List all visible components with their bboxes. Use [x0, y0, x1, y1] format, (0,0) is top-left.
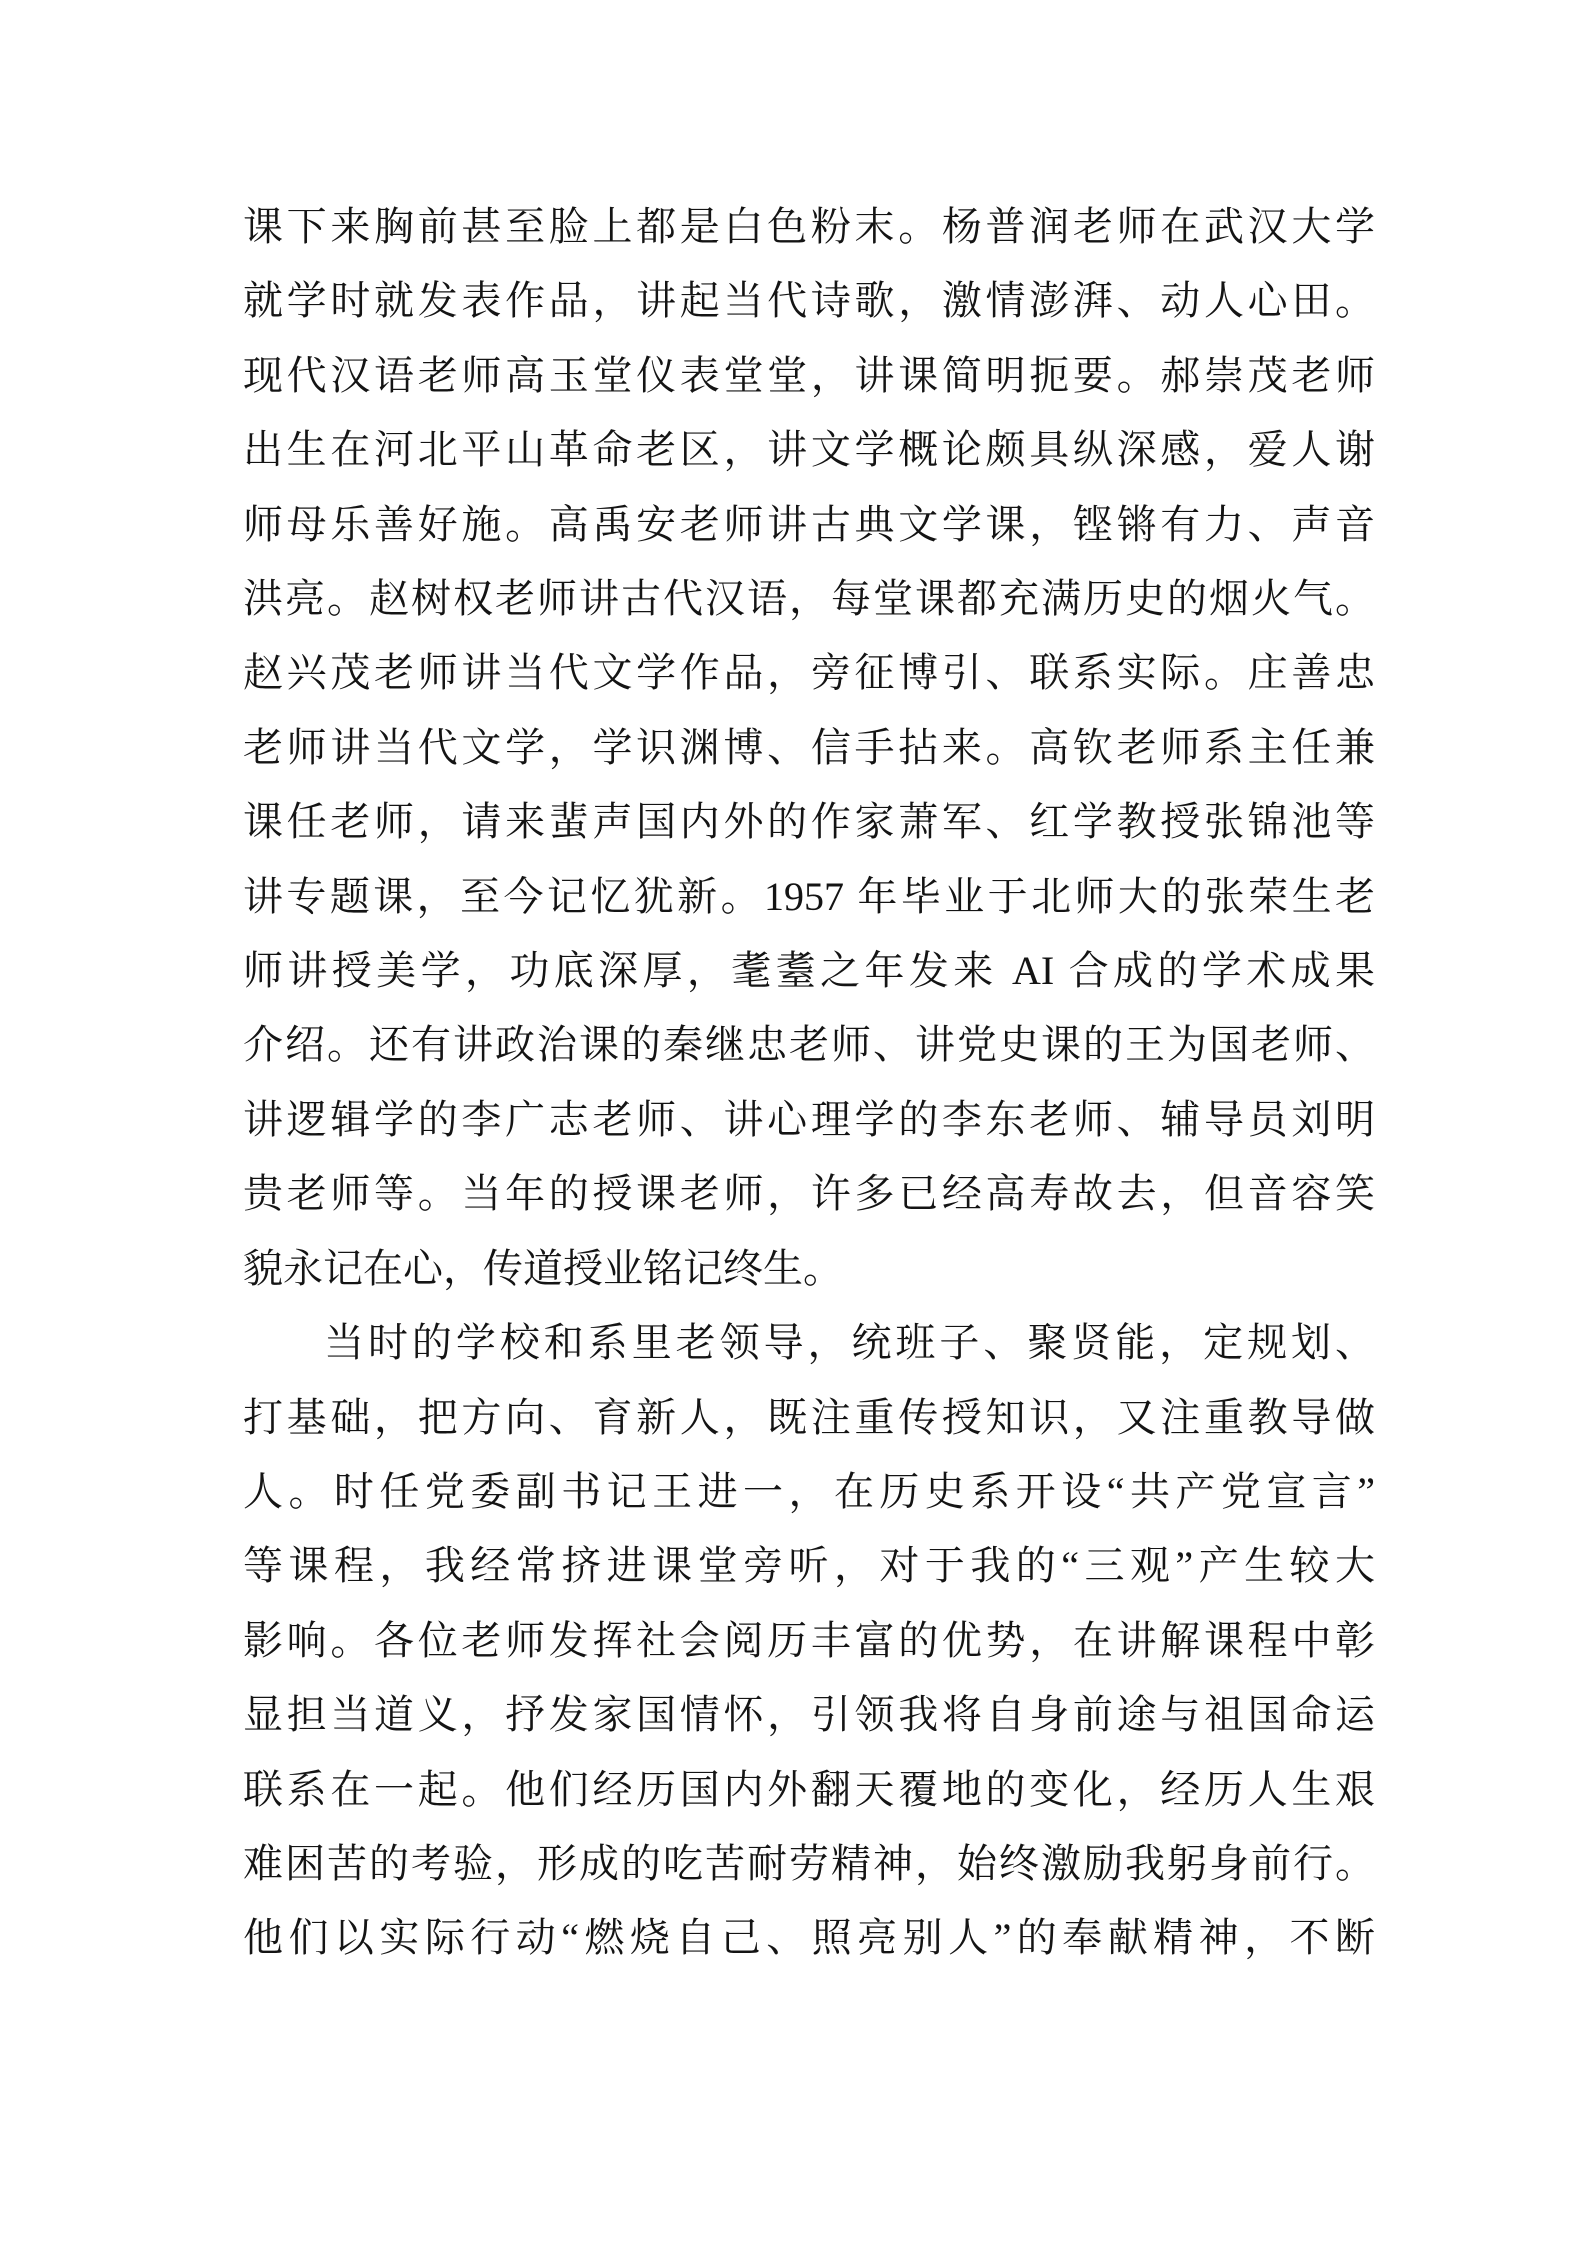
text-line: 贵老师等。当年的授课老师，许多已经高寿故去，但音容笑	[243, 1157, 1375, 1231]
text-line: 介绍。还有讲政治课的秦继忠老师、讲党史课的王为国老师、	[243, 1008, 1375, 1082]
text-line: 就学时就发表作品，讲起当代诗歌，激情澎湃、动人心田。	[243, 264, 1375, 338]
text-line: 师讲授美学，功底深厚，耄耋之年发来 AI 合成的学术成果	[243, 934, 1375, 1008]
text-line: 讲专题课，至今记忆犹新。1957 年毕业于北师大的张荣生老	[243, 860, 1375, 934]
text-line: 老师讲当代文学，学识渊博、信手拈来。高钦老师系主任兼	[243, 711, 1375, 785]
text-line: 洪亮。赵树权老师讲古代汉语，每堂课都充满历史的烟火气。	[243, 562, 1375, 636]
text-line: 联系在一起。他们经历国内外翻天覆地的变化，经历人生艰	[243, 1753, 1375, 1827]
page-body-text: 课下来胸前甚至脸上都是白色粉末。杨普润老师在武汉大学 就学时就发表作品，讲起当代…	[243, 190, 1375, 1976]
text-line: 人。时任党委副书记王进一，在历史系开设“共产党宣言”	[243, 1455, 1375, 1529]
document-page: 课下来胸前甚至脸上都是白色粉末。杨普润老师在武汉大学 就学时就发表作品，讲起当代…	[0, 0, 1587, 2245]
text-line: 讲逻辑学的李广志老师、讲心理学的李东老师、辅导员刘明	[243, 1083, 1375, 1157]
text-line: 赵兴茂老师讲当代文学作品，旁征博引、联系实际。庄善忠	[243, 636, 1375, 710]
text-line: 影响。各位老师发挥社会阅历丰富的优势，在讲解课程中彰	[243, 1604, 1375, 1678]
text-line-paragraph-start: 当时的学校和系里老领导，统班子、聚贤能，定规划、	[243, 1306, 1375, 1380]
text-line: 课下来胸前甚至脸上都是白色粉末。杨普润老师在武汉大学	[243, 190, 1375, 264]
text-line: 难困苦的考验，形成的吃苦耐劳精神，始终激励我躬身前行。	[243, 1827, 1375, 1901]
text-line: 显担当道义，抒发家国情怀，引领我将自身前途与祖国命运	[243, 1678, 1375, 1752]
text-line: 打基础，把方向、育新人，既注重传授知识，又注重教导做	[243, 1381, 1375, 1455]
text-line: 出生在河北平山革命老区，讲文学概论颇具纵深感，爱人谢	[243, 413, 1375, 487]
text-line: 等课程，我经常挤进课堂旁听，对于我的“三观”产生较大	[243, 1529, 1375, 1603]
text-line: 现代汉语老师高玉堂仪表堂堂，讲课简明扼要。郝崇茂老师	[243, 339, 1375, 413]
text-line: 师母乐善好施。高禹安老师讲古典文学课，铿锵有力、声音	[243, 488, 1375, 562]
text-line-paragraph-end: 貌永记在心，传道授业铭记终生。	[243, 1232, 1375, 1306]
text-line: 课任老师，请来蜚声国内外的作家萧军、红学教授张锦池等	[243, 785, 1375, 859]
text-line: 他们以实际行动“燃烧自己、照亮别人”的奉献精神，不断	[243, 1901, 1375, 1975]
